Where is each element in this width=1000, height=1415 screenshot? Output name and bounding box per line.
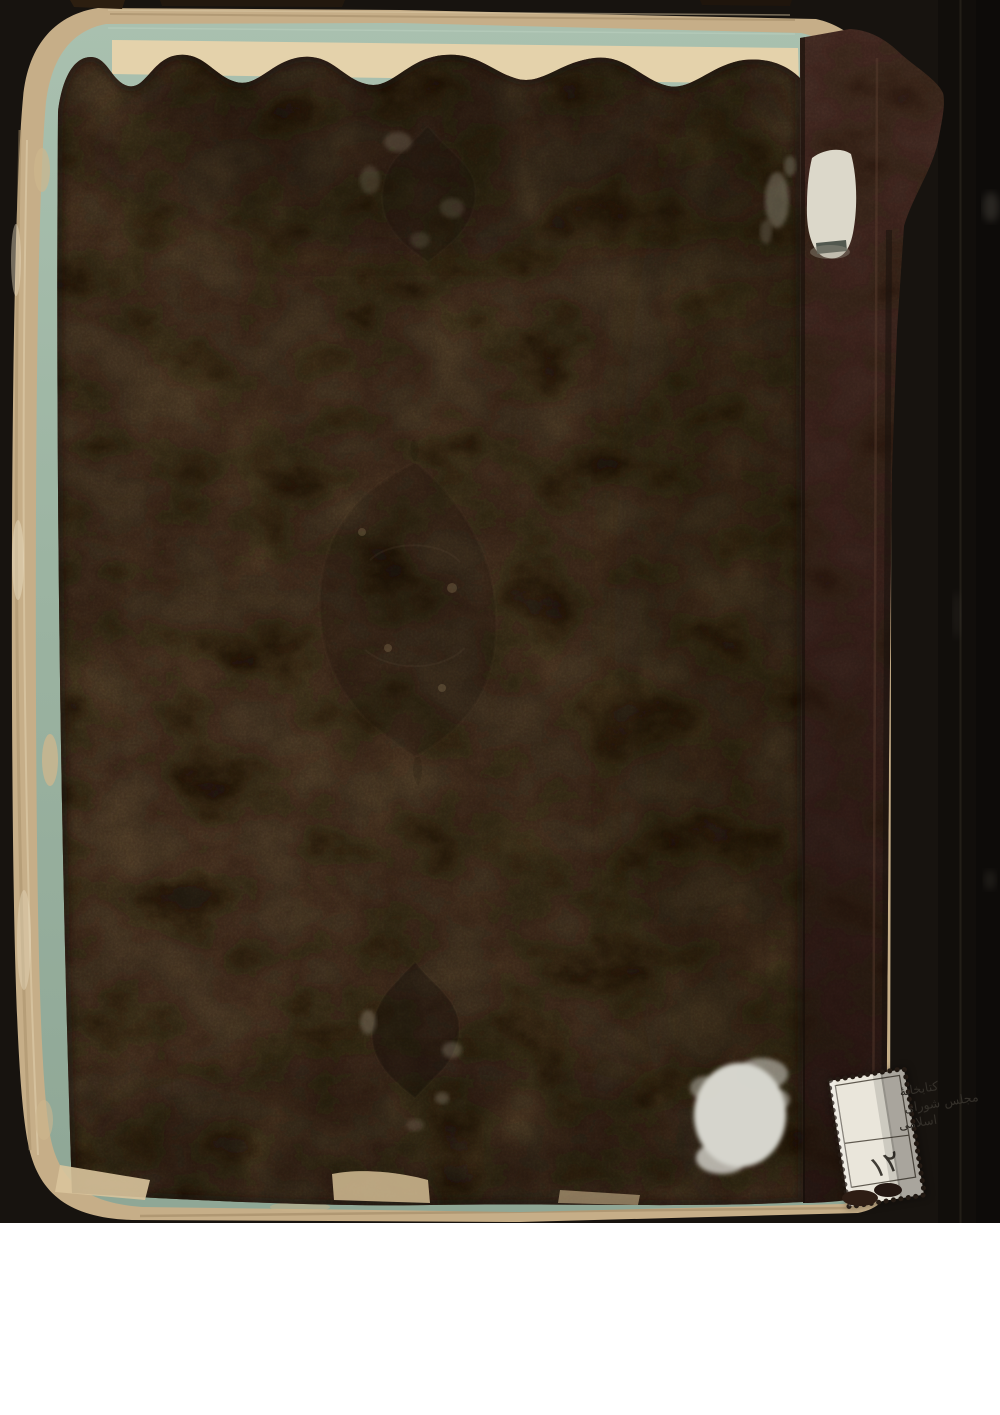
white-splotch-wisp-1 [736, 1058, 788, 1090]
bottom-ornament-speck-1 [360, 1010, 376, 1034]
medallion-speck-1 [358, 528, 366, 536]
margin-smudge-2 [953, 591, 961, 639]
top-edge-fragment-2 [160, 0, 345, 7]
top-ornament-ghost-2 [360, 166, 380, 194]
medallion-speck-4 [438, 684, 446, 692]
book-cover: کتابخانۀ مجلس شورای اسلامی ۱۲ [11, 0, 993, 1225]
bottom-ornament-speck-3 [435, 1092, 449, 1104]
scanner-far-edge [976, 0, 1000, 1223]
white-splotch-wisp-4 [754, 1088, 790, 1112]
leather-bump-over-label-1 [842, 1190, 878, 1206]
top-edge-fragment-3 [700, 0, 792, 6]
cloth-wear-3 [35, 1100, 53, 1140]
white-splotch-wisp-2 [690, 1076, 722, 1100]
medallion-speck-3 [384, 644, 392, 652]
leather-bump-over-label-2 [874, 1183, 902, 1197]
margin-smudge-3 [984, 870, 996, 890]
page-edge-wear-1 [12, 520, 24, 600]
page-edge-wear-2 [17, 890, 31, 990]
medallion-speck-2 [447, 583, 457, 593]
page-edge-wear-3 [11, 224, 21, 296]
top-ornament-ghost-4 [410, 232, 430, 248]
cloth-wear-2 [42, 734, 58, 786]
book-cover-scan: کتابخانۀ مجلس شورای اسلامی ۱۲ [0, 0, 1000, 1415]
remnant-shadow [810, 245, 850, 259]
bottom-ornament-speck-4 [406, 1119, 424, 1131]
top-ornament-ghost-3 [440, 198, 464, 218]
manuscript-scan-page: کتابخانۀ مجلس شورای اسلامی ۱۲ [0, 0, 1000, 1415]
remnant-scuff-3 [760, 220, 772, 244]
scan-white-margin [0, 1223, 1000, 1415]
cloth-wear-1 [34, 148, 50, 192]
bottom-ornament-speck-2 [442, 1042, 462, 1058]
margin-smudge-1 [983, 192, 999, 222]
white-splotch-wisp-3 [696, 1142, 748, 1174]
remnant-scuff-2 [784, 156, 796, 176]
top-ornament-ghost-1 [384, 132, 412, 152]
remnant-scuff-1 [765, 172, 789, 228]
